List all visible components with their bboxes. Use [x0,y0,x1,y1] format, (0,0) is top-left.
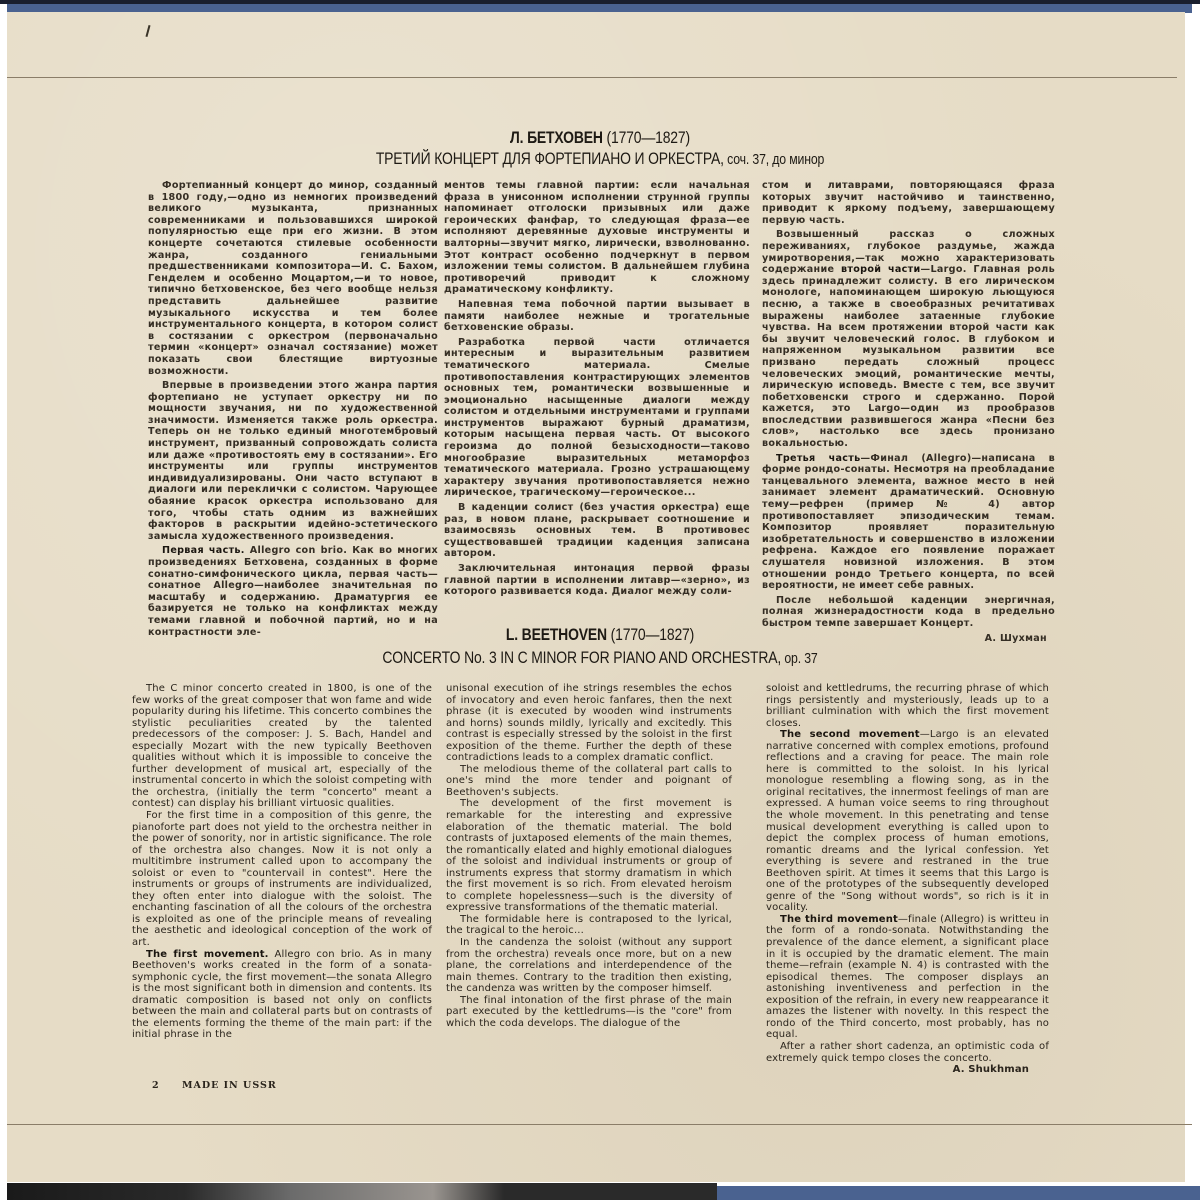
russian-title-main: ТРЕТИЙ КОНЦЕРТ ДЛЯ ФОРТЕПИАНО И ОРКЕСТРА… [376,149,724,168]
paragraph: ментов темы главной партии: если начальн… [444,180,750,296]
english-title-opus: op. 37 [781,650,817,667]
second-movement-label: The second movement [780,729,920,740]
sleeve-fold-line-top [7,77,1177,78]
paragraph: The C minor concerto created in 1800, is… [132,683,432,810]
english-composer-heading: L. BEETHOVEN (1770—1827) [215,625,986,645]
paragraph: After a rather short cadenza, an optimis… [766,1041,1049,1064]
paragraph: soloist and kettledrums, the recurring p… [766,683,1049,729]
english-title-main: CONCERTO No. 3 IN C MINOR FOR PIANO AND … [382,648,781,667]
first-movement-label: Первая часть. [162,545,245,556]
paragraph: unisonal execution of ihe strings resemb… [446,683,732,764]
paragraph: The formidable here is contraposed to th… [446,914,732,937]
paragraph: Впервые в произведении этого жанра парти… [148,380,438,542]
paragraph: Разработка первой части отличается интер… [444,337,750,499]
paragraph: Напевная тема побочной партии вызывает в… [444,299,750,334]
russian-composer-years: (1770—1827) [607,128,690,147]
paragraph: In the candenza the soloist (without any… [446,937,732,995]
paragraph: For the first time in a composition of t… [132,810,432,949]
paragraph: The melodious theme of the collateral pa… [446,764,732,799]
english-composer-years: (1770—1827) [611,625,694,644]
third-movement-label: The third movement [780,914,898,925]
russian-work-title: ТРЕТИЙ КОНЦЕРТ ДЛЯ ФОРТЕПИАНО И ОРКЕСТРА… [215,149,986,169]
paragraph: The third movement—finale (Allegro) is w… [766,914,1049,1041]
english-column-2: unisonal execution of ihe strings resemb… [446,683,732,1029]
page-footer: 2 MADE IN USSR [152,1080,277,1091]
english-work-title: CONCERTO No. 3 IN C MINOR FOR PIANO AND … [215,648,986,668]
first-movement-label: The first movement. [146,949,269,960]
paragraph: В каденции солист (без участия оркестра)… [444,502,750,560]
paragraph: The first movement. Allegro con brio. As… [132,949,432,1041]
english-column-1: The C minor concerto created in 1800, is… [132,683,432,1041]
paragraph: стом и литаврами, повторяющаяся фраза ко… [762,180,1055,226]
sleeve-fold-line-bottom [7,1124,1192,1125]
paragraph: The final intonation of the first phrase… [446,995,732,1030]
page-number: 2 [152,1080,160,1091]
paragraph: The development of the first movement is… [446,798,732,913]
paragraph: Возвышенный рассказ о сложных переживани… [762,229,1055,449]
russian-column-2: ментов темы главной партии: если начальн… [444,180,750,598]
russian-column-1: Фортепианный концерт до минор, созданный… [148,180,438,638]
scan-bottom-edge [7,1183,717,1200]
third-movement-label: Третья часть [776,453,860,464]
russian-title-opus: соч. 37, до минор [724,151,824,168]
russian-composer-heading: Л. БЕТХОВЕН (1770—1827) [215,128,986,148]
second-movement-label: второй части [841,264,921,275]
paragraph: The second movement—Largo is an elevated… [766,729,1049,914]
russian-column-3: стом и литаврами, повторяющаяся фраза ко… [762,180,1055,644]
paragraph: Заключительная интонация первой фразы гл… [444,563,750,598]
sleeve-bottom-blue [717,1186,1200,1200]
english-composer-name: L. BEETHOVEN [506,625,607,644]
paragraph: Фортепианный концерт до минор, созданный… [148,180,438,377]
russian-composer-name: Л. БЕТХОВЕН [510,128,603,147]
author-signature: A. Shukhman [766,1064,1049,1076]
english-column-3: soloist and kettledrums, the recurring p… [766,683,1049,1076]
paragraph: Третья часть—Финал (Allegro)—написана в … [762,453,1055,592]
made-in-label: MADE IN USSR [182,1080,277,1091]
